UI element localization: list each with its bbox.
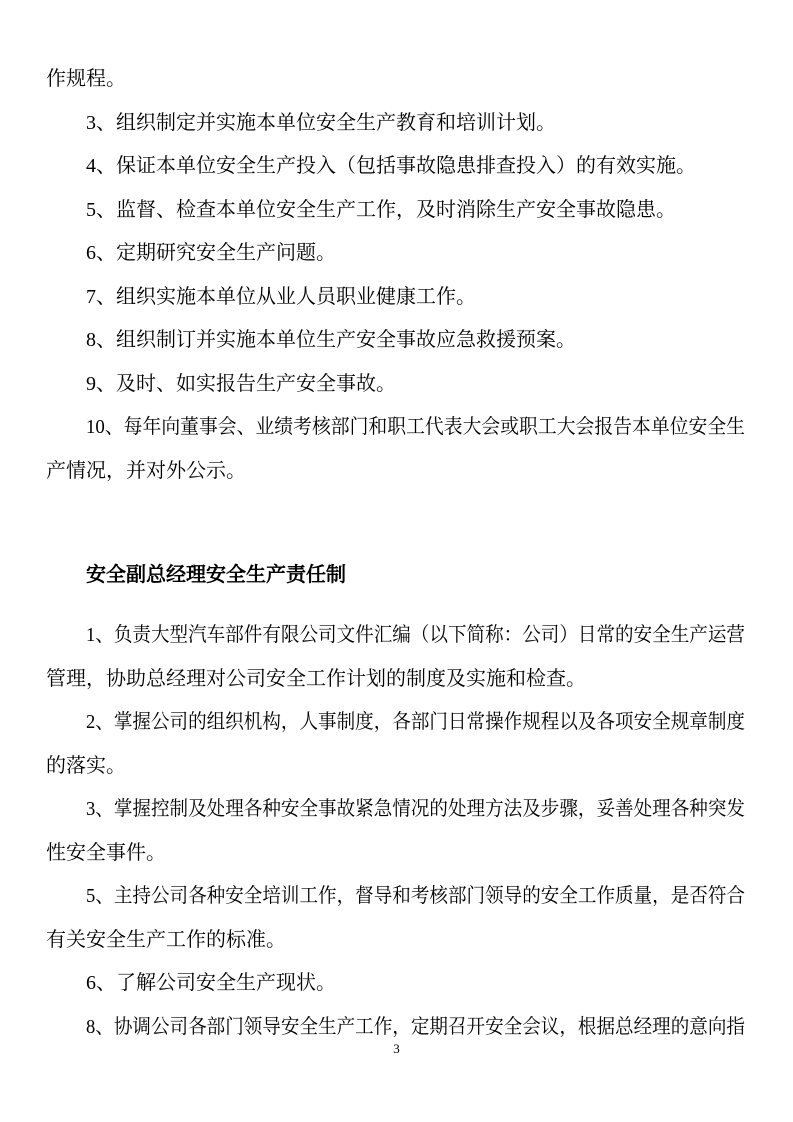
- text-line-content: 的落实。: [46, 745, 126, 789]
- text-line: 7、组织实施本单位从业人员职业健康工作。: [46, 276, 745, 320]
- text-line: 管理，协助总经理对公司安全工作计划的制度及实施和检查。: [46, 658, 745, 702]
- text-line: 10、每年向董事会、业绩考核部门和职工代表大会或职工大会报告本单位安全生: [46, 406, 745, 450]
- paragraph: 5、主持公司各种安全培训工作，督导和考核部门领导的安全工作质量，是否符合有关安全…: [46, 875, 745, 962]
- paragraph: 3、掌握控制及处理各种安全事故紧急情况的处理方法及步骤，妥善处理各种突发性安全事…: [46, 788, 745, 875]
- text-line-content: 4、保证本单位安全生产投入（包括事故隐患排查投入）的有效实施。: [86, 145, 696, 189]
- text-line-content: 3、掌握控制及处理各种安全事故紧急情况的处理方法及步骤，妥善处理各种突发: [86, 788, 745, 832]
- text-line: 安全副总经理安全生产责任制: [46, 554, 745, 598]
- text-line: 有关安全生产工作的标准。: [46, 919, 745, 963]
- text-line-content: 8、组织制订并实施本单位生产安全事故应急救援预案。: [86, 319, 576, 363]
- text-line-content: 产情况，并对外公示。: [46, 450, 246, 494]
- text-line: 6、了解公司安全生产现状。: [46, 962, 745, 1006]
- paragraph: 6、了解公司安全生产现状。: [46, 962, 745, 1006]
- text-line-content: 2、掌握公司的组织机构，人事制度，各部门日常操作规程以及各项安全规章制度: [86, 701, 745, 745]
- text-line-content: 5、主持公司各种安全培训工作，督导和考核部门领导的安全工作质量，是否符合: [86, 875, 745, 919]
- text-line: 8、组织制订并实施本单位生产安全事故应急救援预案。: [46, 319, 745, 363]
- text-line-content: 作规程。: [46, 58, 126, 102]
- paragraph: 4、保证本单位安全生产投入（包括事故隐患排查投入）的有效实施。: [46, 145, 745, 189]
- text-line: 的落实。: [46, 745, 745, 789]
- text-line-content: 6、定期研究安全生产问题。: [86, 232, 336, 276]
- paragraph: 6、定期研究安全生产问题。: [46, 232, 745, 276]
- section-heading: 安全副总经理安全生产责任制: [46, 554, 745, 598]
- text-line: 5、监督、检查本单位安全生产工作，及时消除生产安全事故隐患。: [46, 189, 745, 233]
- text-line-content: 6、了解公司安全生产现状。: [86, 962, 336, 1006]
- text-line-content: 7、组织实施本单位从业人员职业健康工作。: [86, 276, 476, 320]
- paragraph: 10、每年向董事会、业绩考核部门和职工代表大会或职工大会报告本单位安全生产情况，…: [46, 406, 745, 493]
- document-content: 作规程。3、组织制定并实施本单位安全生产教育和培训计划。4、保证本单位安全生产投…: [46, 58, 745, 1049]
- text-line: 产情况，并对外公示。: [46, 450, 745, 494]
- paragraph: 8、组织制订并实施本单位生产安全事故应急救援预案。: [46, 319, 745, 363]
- paragraph: 2、掌握公司的组织机构，人事制度，各部门日常操作规程以及各项安全规章制度的落实。: [46, 701, 745, 788]
- text-line: 6、定期研究安全生产问题。: [46, 232, 745, 276]
- text-line-content: 1、负责大型汽车部件有限公司文件汇编（以下简称：公司）日常的安全生产运营: [86, 614, 745, 658]
- paragraph: 作规程。: [46, 58, 745, 102]
- text-line-content: 10、每年向董事会、业绩考核部门和职工代表大会或职工大会报告本单位安全生: [86, 406, 745, 450]
- text-line: 9、及时、如实报告生产安全事故。: [46, 363, 745, 407]
- text-line: 1、负责大型汽车部件有限公司文件汇编（以下简称：公司）日常的安全生产运营: [46, 614, 745, 658]
- text-line: 3、组织制定并实施本单位安全生产教育和培训计划。: [46, 102, 745, 146]
- text-line: 作规程。: [46, 58, 745, 102]
- paragraph: 9、及时、如实报告生产安全事故。: [46, 363, 745, 407]
- text-line-content: 有关安全生产工作的标准。: [46, 919, 286, 963]
- paragraph: 3、组织制定并实施本单位安全生产教育和培训计划。: [46, 102, 745, 146]
- text-line: 性安全事件。: [46, 832, 745, 876]
- page-number: 3: [0, 1040, 793, 1058]
- text-line: 3、掌握控制及处理各种安全事故紧急情况的处理方法及步骤，妥善处理各种突发: [46, 788, 745, 832]
- text-line-content: 5、监督、检查本单位安全生产工作，及时消除生产安全事故隐患。: [86, 189, 676, 233]
- paragraph: 1、负责大型汽车部件有限公司文件汇编（以下简称：公司）日常的安全生产运营管理，协…: [46, 614, 745, 701]
- text-line-content: 安全副总经理安全生产责任制: [86, 554, 346, 598]
- text-line: 2、掌握公司的组织机构，人事制度，各部门日常操作规程以及各项安全规章制度: [46, 701, 745, 745]
- text-line: 5、主持公司各种安全培训工作，督导和考核部门领导的安全工作质量，是否符合: [46, 875, 745, 919]
- text-line-content: 9、及时、如实报告生产安全事故。: [86, 363, 396, 407]
- text-line-content: 性安全事件。: [46, 832, 166, 876]
- paragraph-spacer: [46, 493, 745, 537]
- paragraph: 5、监督、检查本单位安全生产工作，及时消除生产安全事故隐患。: [46, 189, 745, 233]
- text-line-content: 3、组织制定并实施本单位安全生产教育和培训计划。: [86, 102, 556, 146]
- text-line: 4、保证本单位安全生产投入（包括事故隐患排查投入）的有效实施。: [46, 145, 745, 189]
- document-page: 作规程。3、组织制定并实施本单位安全生产教育和培训计划。4、保证本单位安全生产投…: [0, 0, 793, 1122]
- paragraph: 7、组织实施本单位从业人员职业健康工作。: [46, 276, 745, 320]
- text-line-content: 管理，协助总经理对公司安全工作计划的制度及实施和检查。: [46, 658, 586, 702]
